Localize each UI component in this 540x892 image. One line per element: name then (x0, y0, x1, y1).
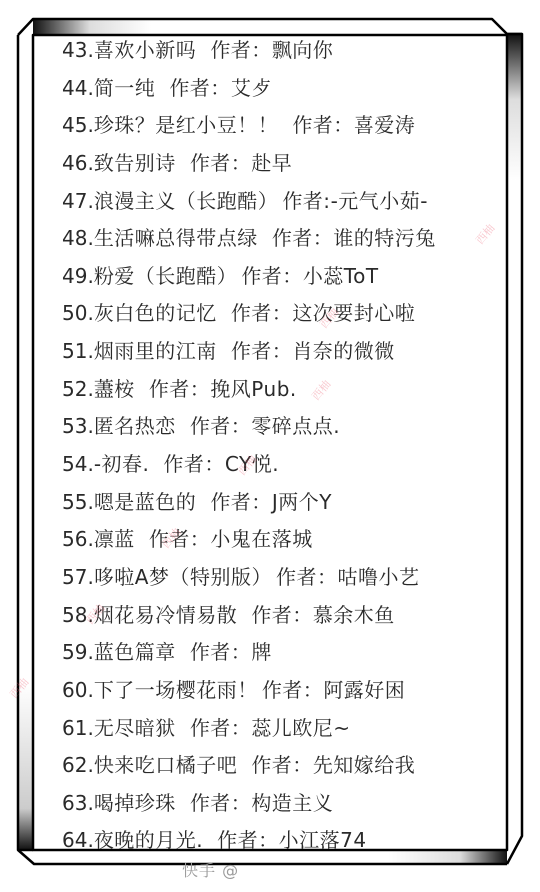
footer-watermark: 快手 @ (182, 858, 239, 881)
item-title: 下了一场樱花雨！ (94, 678, 258, 702)
author-name: 零碎点点. (251, 414, 340, 438)
author-name: 艾歺 (231, 76, 272, 100)
author-name: 先知嫁给我 (313, 753, 416, 777)
list-item: 53.匿名热恋作者：零碎点点. (62, 408, 512, 446)
item-number: 64. (62, 828, 94, 852)
author-name: J两个Y (272, 490, 332, 514)
author-name: 飘向你 (272, 38, 334, 62)
author-label: 作者： (190, 716, 252, 740)
author-highlight: 作者：小江落74 (213, 822, 372, 860)
item-number: 60. (62, 678, 94, 702)
author-label: 作者： (210, 490, 272, 514)
author-label: 作者： (262, 678, 324, 702)
item-title: 蓝色篇章 (94, 640, 176, 664)
author-highlight: 作者：喜爱涛 (288, 107, 421, 145)
list-item: 54.-初春.作者：CY悦. (62, 446, 512, 484)
item-title: 快来吃口橘子吧 (94, 753, 238, 777)
item-title: 浪漫主义（长跑酷） (94, 189, 279, 213)
author-highlight: 作者：阿露好困 (258, 672, 412, 710)
item-title: -初春. (94, 452, 150, 476)
list-item: 47.浪漫主义（长跑酷）作者:-元气小茹- (62, 183, 512, 221)
item-number: 55. (62, 490, 94, 514)
list-item: 50.灰白色的记忆作者：这次要封心啦 (62, 295, 512, 333)
author-label: 作者： (190, 791, 252, 815)
item-title: 无尽暗狱 (94, 716, 176, 740)
author-name: 慕余木鱼 (313, 603, 395, 627)
item-number: 56. (62, 527, 94, 551)
item-number: 47. (62, 189, 94, 213)
item-number: 48. (62, 226, 94, 250)
item-title: 匿名热恋 (94, 414, 176, 438)
author-label: 作者： (292, 113, 354, 137)
author-highlight: 作者：谁的特污兔 (268, 220, 442, 258)
list-item: 61.无尽暗狱作者：蕊儿欧尼~ (62, 710, 512, 748)
item-title: 粉爱（长跑酷） (94, 264, 238, 288)
item-number: 45. (62, 113, 94, 137)
author-label: 作者： (210, 38, 272, 62)
author-label: 作者： (241, 264, 303, 288)
item-title: 生活嘛总得带点绿 (94, 226, 258, 250)
list-item: 64.夜晚的月光.作者：小江落74 (62, 822, 512, 860)
item-title: 致告别诗 (94, 151, 176, 175)
author-highlight: 作者：牌 (186, 634, 278, 672)
author-name: 小蕊ToT (303, 264, 379, 288)
author-highlight: 作者：零碎点点. (186, 408, 346, 446)
author-label: 作者： (190, 414, 252, 438)
item-number: 58. (62, 603, 94, 627)
item-title: 夜晚的月光. (94, 828, 203, 852)
author-highlight: 作者:-元气小茹- (278, 183, 434, 221)
item-title: 喝掉珍珠 (94, 791, 176, 815)
author-highlight: 作者：小蕊ToT (237, 258, 384, 296)
item-number: 57. (62, 565, 94, 589)
item-number: 61. (62, 716, 94, 740)
author-label: 作者： (251, 603, 313, 627)
author-name: CY悦. (225, 452, 279, 476)
item-number: 44. (62, 76, 94, 100)
item-title: 藎桉 (94, 377, 135, 401)
list-item: 56.凛蓝作者：小鬼在落城 (62, 521, 512, 559)
author-label: 作者： (149, 527, 211, 551)
author-highlight: 作者：构造主义 (186, 785, 340, 823)
author-label: 作者： (163, 452, 225, 476)
item-title: 珍珠？是红小豆！！ (94, 113, 279, 137)
item-title: 喜欢小新吗 (94, 38, 197, 62)
work-list: 43.喜欢小新吗作者：飘向你 44.简一纯作者：艾歺 45.珍珠？是红小豆！！作… (62, 32, 512, 860)
author-name: 挽风Pub. (210, 377, 296, 401)
author-highlight: 作者：小鬼在落城 (145, 521, 319, 559)
author-name: 小鬼在落城 (210, 527, 313, 551)
item-number: 49. (62, 264, 94, 288)
item-title: 哆啦A梦（特别版） (94, 565, 272, 589)
author-label: 作者： (251, 753, 313, 777)
item-number: 53. (62, 414, 94, 438)
author-label: 作者: (282, 189, 330, 213)
author-name: 肖奈的微微 (292, 339, 395, 363)
author-name: 阿露好困 (323, 678, 405, 702)
item-number: 54. (62, 452, 94, 476)
list-item: 46.致告别诗作者：赴早 (62, 145, 512, 183)
author-label: 作者： (217, 828, 279, 852)
author-highlight: 作者：这次要封心啦 (227, 295, 422, 333)
author-highlight: 作者：先知嫁给我 (247, 747, 421, 785)
author-highlight: 作者：蕊儿欧尼~ (186, 710, 357, 748)
author-name: 赴早 (251, 151, 292, 175)
list-item: 43.喜欢小新吗作者：飘向你 (62, 32, 512, 70)
list-item: 58.烟花易冷情易散作者：慕余木鱼 (62, 597, 512, 635)
list-item: 63.喝掉珍珠作者：构造主义 (62, 785, 512, 823)
author-name: -元气小茹- (331, 189, 428, 213)
author-highlight: 作者：挽风Pub. (145, 371, 303, 409)
author-highlight: 作者：飘向你 (206, 32, 339, 70)
list-item: 44.简一纯作者：艾歺 (62, 70, 512, 108)
list-item: 52.藎桉作者：挽风Pub. (62, 371, 512, 409)
author-name: 谁的特污兔 (333, 226, 436, 250)
author-highlight: 作者：艾歺 (165, 70, 278, 108)
author-label: 作者： (231, 339, 293, 363)
author-label: 作者： (149, 377, 211, 401)
author-label: 作者： (231, 301, 293, 325)
list-item: 45.珍珠？是红小豆！！作者：喜爱涛 (62, 107, 512, 145)
list-item: 59.蓝色篇章作者：牌 (62, 634, 512, 672)
author-name: 小江落74 (279, 828, 367, 852)
author-highlight: 作者：赴早 (186, 145, 299, 183)
list-item: 57.哆啦A梦（特别版）作者：咕噜小艺 (62, 559, 512, 597)
author-label: 作者： (190, 640, 252, 664)
item-number: 62. (62, 753, 94, 777)
author-name: 牌 (251, 640, 272, 664)
author-name: 咕噜小艺 (338, 565, 420, 589)
item-number: 51. (62, 339, 94, 363)
author-highlight: 作者：咕噜小艺 (272, 559, 426, 597)
list-item: 55.嗯是蓝色的作者：J两个Y (62, 484, 512, 522)
author-name: 蕊儿欧尼~ (251, 716, 350, 740)
author-label: 作者： (276, 565, 338, 589)
item-number: 50. (62, 301, 94, 325)
author-name: 这次要封心啦 (292, 301, 415, 325)
author-label: 作者： (190, 151, 252, 175)
list-item: 62.快来吃口橘子吧作者：先知嫁给我 (62, 747, 512, 785)
list-item: 60.下了一场樱花雨！作者：阿露好困 (62, 672, 512, 710)
item-title: 烟雨里的江南 (94, 339, 217, 363)
author-name: 喜爱涛 (354, 113, 416, 137)
item-title: 灰白色的记忆 (94, 301, 217, 325)
item-title: 嗯是蓝色的 (94, 490, 197, 514)
author-label: 作者： (272, 226, 334, 250)
item-number: 43. (62, 38, 94, 62)
item-number: 52. (62, 377, 94, 401)
item-number: 59. (62, 640, 94, 664)
author-highlight: 作者：慕余木鱼 (247, 597, 401, 635)
item-number: 46. (62, 151, 94, 175)
list-item: 49.粉爱（长跑酷）作者：小蕊ToT (62, 258, 512, 296)
list-item: 48.生活嘛总得带点绿作者：谁的特污兔 (62, 220, 512, 258)
item-title: 凛蓝 (94, 527, 135, 551)
item-title: 简一纯 (94, 76, 156, 100)
author-highlight: 作者：J两个Y (206, 484, 338, 522)
author-name: 构造主义 (251, 791, 333, 815)
item-title: 烟花易冷情易散 (94, 603, 238, 627)
author-highlight: 作者：CY悦. (159, 446, 285, 484)
author-highlight: 作者：肖奈的微微 (227, 333, 401, 371)
author-label: 作者： (169, 76, 231, 100)
list-item: 51.烟雨里的江南作者：肖奈的微微 (62, 333, 512, 371)
item-number: 63. (62, 791, 94, 815)
